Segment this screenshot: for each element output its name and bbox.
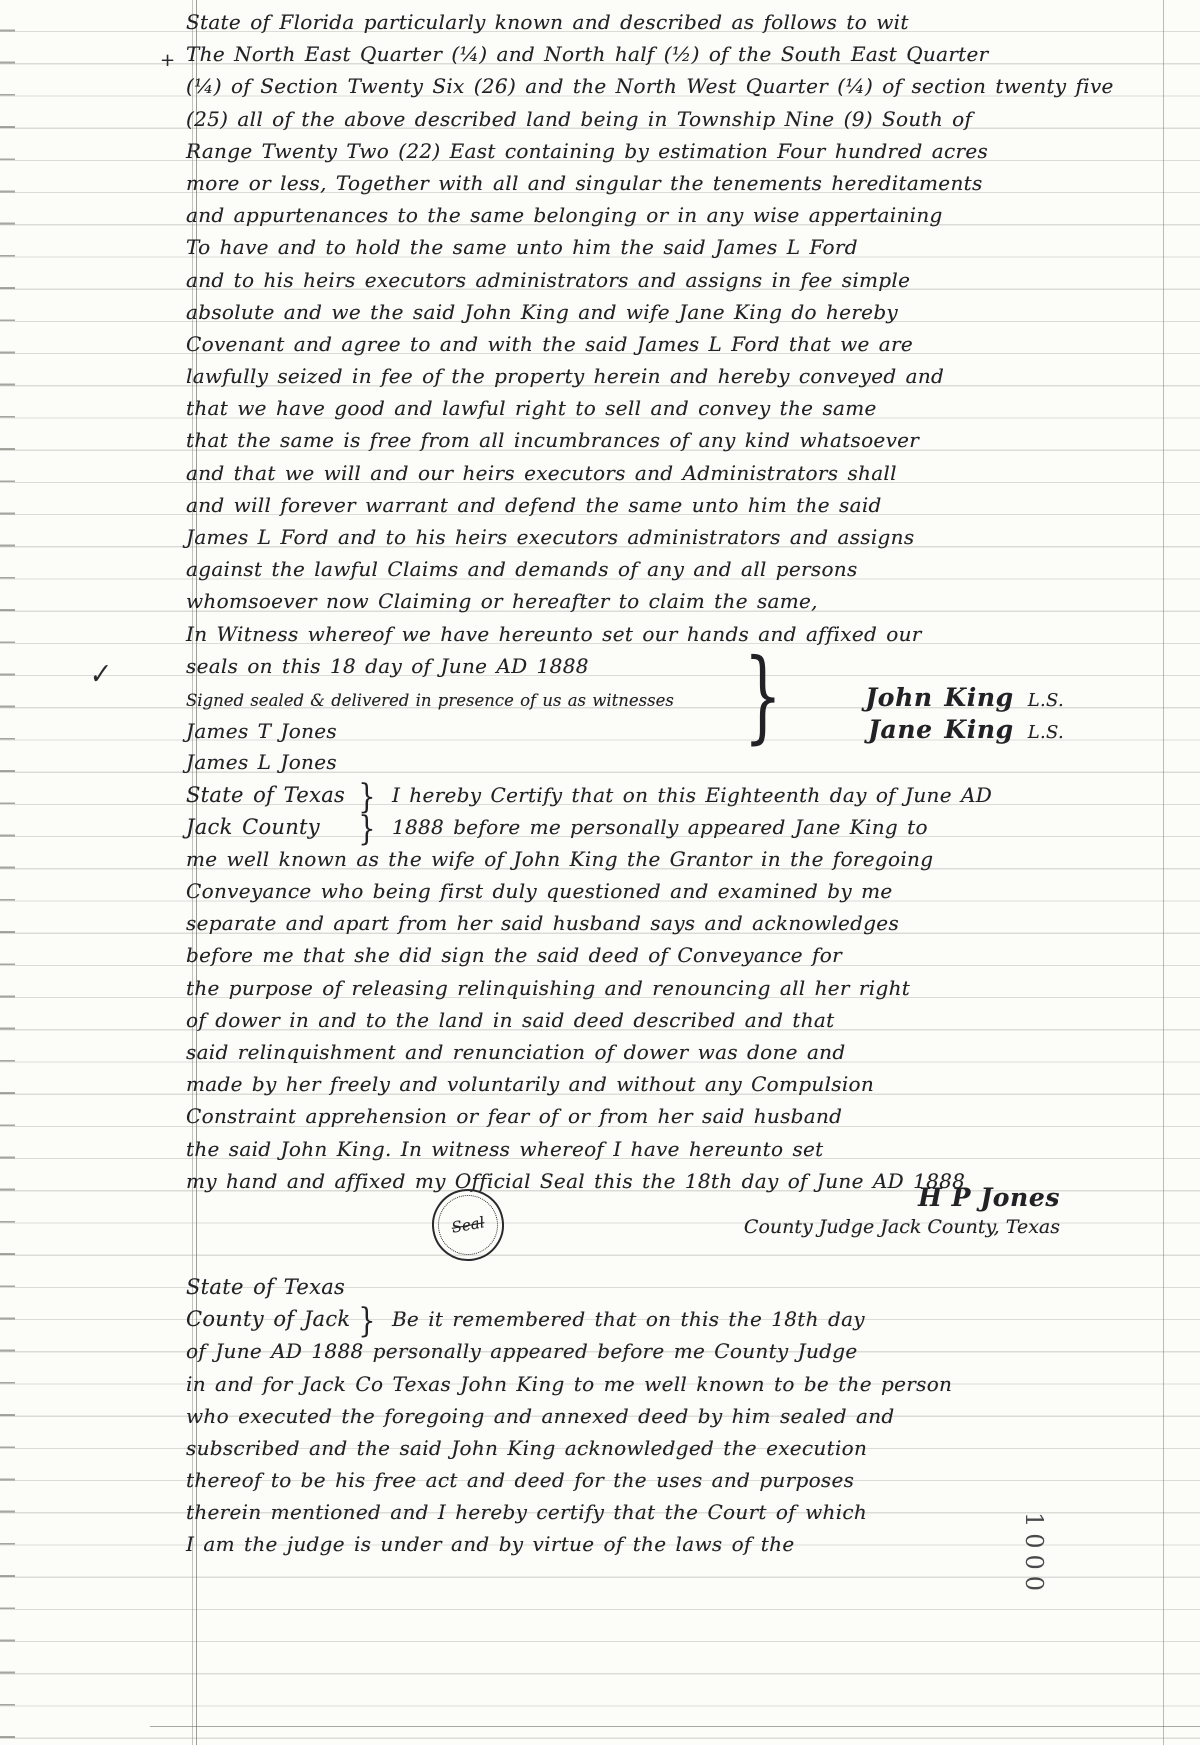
seal-word: Seal	[450, 1213, 486, 1236]
scanned-deed-page: ✓ + 1000 State of Florida particularly k…	[0, 0, 1200, 1745]
deed-text-line: and to his heirs executors administrator…	[186, 264, 1078, 296]
venue-brace-icon: }	[358, 813, 376, 845]
grantor-ack-text-line: therein mentioned and I hereby certify t…	[186, 1496, 1078, 1528]
witness-signature-2: James L Jones	[186, 750, 337, 774]
deed-text-line: State of Florida particularly known and …	[186, 6, 1078, 38]
witness-row-2: James L Jones	[186, 746, 1078, 778]
deed-text-line: The North East Quarter (¼) and North hal…	[186, 38, 1078, 70]
grantor-ack-text-line: in and for Jack Co Texas John King to me…	[186, 1368, 1078, 1400]
deed-text-line: more or less, Together with all and sing…	[186, 167, 1078, 199]
officer-signature-block: H P Jones County Judge Jack County, Texa…	[744, 1183, 1060, 1242]
grantor-ack-text-line: subscribed and the said John King acknow…	[186, 1432, 1078, 1464]
witness-row-1: James T Jones Jane King L.S.	[186, 714, 1078, 746]
notary-block: Seal H P Jones County Judge Jack County,…	[186, 1197, 1078, 1271]
grantor-ack-state-label: State of Texas	[186, 1271, 354, 1303]
deed-text-line: (25) all of the above described land bei…	[186, 103, 1078, 135]
grantor-ack-text-line: I am the judge is under and by virtue of…	[186, 1528, 1078, 1560]
wife-ack-text-line: made by her freely and voluntarily and w…	[186, 1068, 1078, 1100]
grantor-ack-venue-row-1: State of Texas	[186, 1271, 1078, 1303]
attestation-text: Signed sealed & delivered in presence of…	[186, 685, 674, 717]
wife-ack-text-line: said relinquishment and renunciation of …	[186, 1036, 1078, 1068]
officer-title: County Judge Jack County, Texas	[744, 1212, 1060, 1242]
venue-brace-icon: }	[358, 1305, 376, 1337]
page-bottom-edge	[150, 1726, 1200, 1727]
wife-ack-text-line: the purpose of releasing relinquishing a…	[186, 972, 1078, 1004]
grantor-ack-text-line: of June AD 1888 personally appeared befo…	[186, 1335, 1078, 1367]
right-margin-line	[1163, 0, 1164, 1745]
signature-john-king: John King	[865, 682, 1013, 714]
left-edge-rule-marks	[0, 0, 15, 1745]
witness-brace-icon: }	[744, 646, 782, 746]
wife-ack-text-line: Constraint apprehension or fear of or fr…	[186, 1100, 1078, 1132]
margin-checkmark: ✓	[86, 658, 113, 691]
deed-text-line: whomsoever now Claiming or hereafter to …	[186, 585, 1078, 617]
wife-ack-county-label: Jack County	[186, 811, 354, 843]
wife-ack-text-line: of dower in and to the land in said deed…	[186, 1004, 1078, 1036]
grantor-ack-body: of June AD 1888 personally appeared befo…	[186, 1335, 1078, 1560]
grantor-ack-text-line: thereof to be his free act and deed for …	[186, 1464, 1078, 1496]
wife-ack-line-1: I hereby Certify that on this Eighteenth…	[392, 783, 992, 807]
deed-text-line: seals on this 18 day of June AD 1888	[186, 650, 1078, 682]
margin-plus-mark: +	[160, 50, 175, 71]
deed-text-line: absolute and we the said John King and w…	[186, 296, 1078, 328]
wife-ack-text-line: me well known as the wife of John King t…	[186, 843, 1078, 875]
deed-text-line: In Witness whereof we have hereunto set …	[186, 618, 1078, 650]
deed-text-line: James L Ford and to his heirs executors …	[186, 521, 1078, 553]
grantor-ack-line-1: Be it remembered that on this the 18th d…	[392, 1307, 865, 1331]
seal-mark-john-king: L.S.	[1028, 685, 1064, 717]
wife-ack-text-line: Conveyance who being first duly question…	[186, 875, 1078, 907]
deed-text-line: lawfully seized in fee of the property h…	[186, 360, 1078, 392]
wife-ack-text-line: before me that she did sign the said dee…	[186, 939, 1078, 971]
deed-text-line: and appurtenances to the same belonging …	[186, 199, 1078, 231]
wife-ack-body: me well known as the wife of John King t…	[186, 843, 1078, 1197]
wife-ack-text-line: separate and apart from her said husband…	[186, 907, 1078, 939]
grantor-ack-venue-row-2: County of Jack}Be it remembered that on …	[186, 1303, 1078, 1335]
attestation-row: Signed sealed & delivered in presence of…	[186, 682, 1078, 714]
deed-text-line: and will forever warrant and defend the …	[186, 489, 1078, 521]
deed-text-line: Range Twenty Two (22) East containing by…	[186, 135, 1078, 167]
wife-ack-venue-row-1: State of Texas}I hereby Certify that on …	[186, 779, 1078, 811]
deed-text-line: against the lawful Claims and demands of…	[186, 553, 1078, 585]
officer-signature: H P Jones	[744, 1183, 1060, 1212]
deed-text-line: that the same is free from all incumbran…	[186, 424, 1078, 456]
wife-ack-text-line: the said John King. In witness whereof I…	[186, 1133, 1078, 1165]
signature-jane-king: Jane King	[868, 714, 1014, 746]
wife-ack-state-label: State of Texas	[186, 779, 354, 811]
grantor-ack-text-line: who executed the foregoing and annexed d…	[186, 1400, 1078, 1432]
deed-text-line: To have and to hold the same unto him th…	[186, 231, 1078, 263]
deed-body: State of Florida particularly known and …	[186, 6, 1078, 682]
grantor-ack-county-label: County of Jack	[186, 1303, 354, 1335]
seal-mark-jane-king: L.S.	[1028, 717, 1064, 749]
deed-text-line: (¼) of Section Twenty Six (26) and the N…	[186, 70, 1078, 102]
wife-ack-venue-row-2: Jack County}1888 before me personally ap…	[186, 811, 1078, 843]
grantor-signature-row-2: Jane King L.S.	[868, 714, 1064, 749]
grantor-signature-row: John King L.S.	[865, 682, 1064, 717]
deed-text-line: that we have good and lawful right to se…	[186, 392, 1078, 424]
deed-text-line: and that we will and our heirs executors…	[186, 457, 1078, 489]
witness-signature-1: James T Jones	[186, 715, 337, 747]
document-text: State of Florida particularly known and …	[186, 6, 1078, 1561]
deed-text-line: Covenant and agree to and with the said …	[186, 328, 1078, 360]
wife-ack-line-2: 1888 before me personally appeared Jane …	[392, 815, 928, 839]
